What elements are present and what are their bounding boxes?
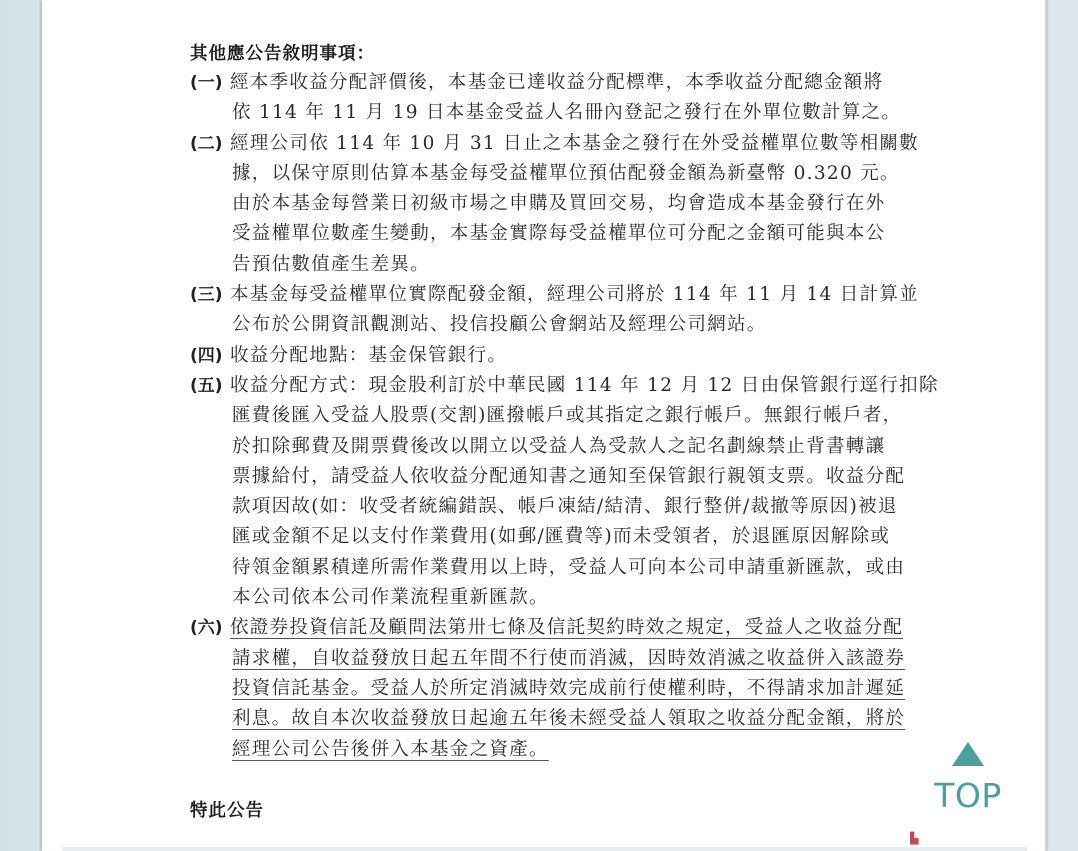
announcement-body: 其他應公告敘明事項： (一)經本季收益分配評價後，本基金已達收益分配標準，本季收… (190, 40, 915, 765)
list-item-1: (一)經本季收益分配評價後，本基金已達收益分配標準，本季收益分配總金額將 依 1… (190, 68, 915, 129)
stamp-fragment-icon: ▙ (910, 832, 928, 846)
list-item-2: (二)經理公司依 114 年 10 月 31 日止之本基金之發行在外受益權單位數… (190, 129, 915, 280)
item-text: 據，以保守原則估算本基金每受益權單位預估配發金額為新臺幣 0.320 元。 (190, 159, 915, 189)
item-text: 匯費後匯入受益人股票(交割)匯撥帳戶或其指定之銀行帳戶。無銀行帳戶者， (190, 401, 915, 431)
item-text-underlined: 投資信託基金。受益人於所定消滅時效完成前行使權利時，不得請求加計遲延 (232, 678, 905, 699)
item-text: 由於本基金每營業日初級市場之申購及買回交易，均會造成本基金發行在外 (190, 189, 915, 219)
list-item-3: (三)本基金每受益權單位實際配發金額，經理公司將於 114 年 11 月 14 … (190, 280, 915, 341)
scroll-to-top-button[interactable]: TOP (928, 738, 1008, 828)
item-number: (四) (190, 341, 230, 371)
item-text: 收益分配方式：現金股利訂於中華民國 114 年 12 月 12 日由保管銀行逕行… (230, 375, 939, 396)
triangle-up-icon (952, 742, 984, 766)
item-text: 款項因故(如：收受者統編錯誤、帳戶凍結/結清、銀行整併/裁撤等原因)被退 (190, 492, 915, 522)
page-edge (1045, 0, 1048, 851)
item-number: (三) (190, 280, 230, 310)
item-number: (二) (190, 129, 230, 159)
item-text-underlined: 請求權，自收益發放日起五年間不行使而消滅，因時效消滅之收益併入該證券 (232, 648, 905, 669)
item-text: 告預估數值產生差異。 (190, 250, 915, 280)
item-text: 收益分配地點：基金保管銀行。 (230, 345, 507, 366)
section-heading: 其他應公告敘明事項： (190, 40, 915, 68)
page-bottom-edge (62, 847, 1027, 851)
item-number: (一) (190, 68, 230, 98)
item-text: 本公司依本公司作業流程重新匯款。 (190, 583, 915, 613)
item-text: 經本季收益分配評價後，本基金已達收益分配標準，本季收益分配總金額將 (230, 72, 883, 93)
item-text: 於扣除郵費及開票費後改以開立以受益人為受款人之記名劃線禁止背書轉讓 (190, 432, 915, 462)
list-item-6: (六)依證券投資信託及顧問法第卅七條及信託契約時效之規定，受益人之收益分配 請求… (190, 613, 915, 764)
item-number: (六) (190, 613, 230, 643)
item-number: (五) (190, 371, 230, 401)
item-text-underlined: 依證券投資信託及顧問法第卅七條及信託契約時效之規定，受益人之收益分配 (230, 617, 903, 638)
item-text: 待領金額累積達所需作業費用以上時，受益人可向本公司申請重新匯款，或由 (190, 553, 915, 583)
item-text: 票據給付，請受益人依收益分配通知書之通知至保管銀行親領支票。收益分配 (190, 462, 915, 492)
item-text: 經理公司依 114 年 10 月 31 日止之本基金之發行在外受益權單位數等相關… (230, 133, 919, 154)
item-text-underlined: 利息。故自本次收益發放日起逾五年後未經受益人領取之收益分配金額，將於 (232, 708, 905, 729)
list-item-5: (五)收益分配方式：現金股利訂於中華民國 114 年 12 月 12 日由保管銀… (190, 371, 915, 613)
top-button-label: TOP (928, 776, 1008, 815)
document-viewer: 其他應公告敘明事項： (一)經本季收益分配評價後，本基金已達收益分配標準，本季收… (0, 0, 1078, 851)
item-text: 本基金每受益權單位實際配發金額，經理公司將於 114 年 11 月 14 日計算… (230, 284, 919, 305)
item-text: 匯或金額不足以支付作業費用(如郵/匯費等)而未受領者，於退匯原因解除或 (190, 522, 915, 552)
item-text: 依 114 年 11 月 19 日本基金受益人名冊內登記之發行在外單位數計算之。 (190, 98, 915, 128)
list-item-4: (四)收益分配地點：基金保管銀行。 (190, 341, 915, 371)
item-text: 公布於公開資訊觀測站、投信投顧公會網站及經理公司網站。 (190, 310, 915, 340)
item-text: 受益權單位數產生變動，本基金實際每受益權單位可分配之金額可能與本公 (190, 219, 915, 249)
item-text-underlined: 經理公司公告後併入本基金之資產。 (232, 739, 549, 760)
closing-text: 特此公告 (190, 797, 264, 822)
